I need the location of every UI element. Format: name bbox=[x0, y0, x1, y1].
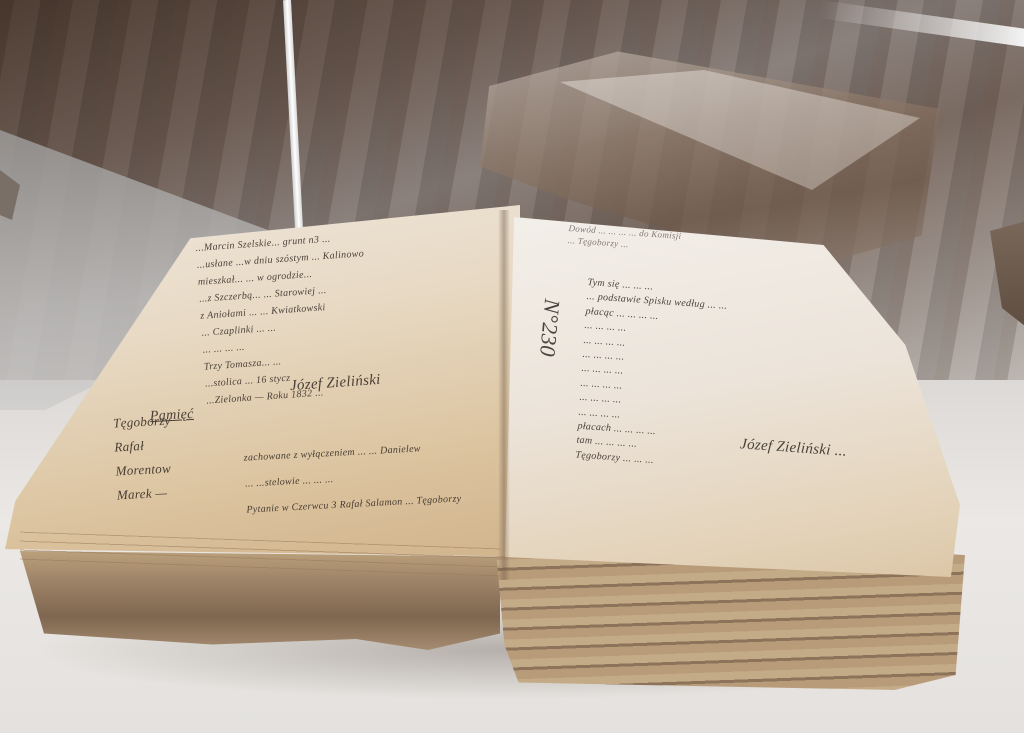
left-page-margin-words: Tęgoborzy Rafał Morentow Marek — bbox=[113, 409, 176, 508]
right-page-margin-number: N°230 bbox=[534, 298, 565, 358]
left-page-bottom-lines: zachowane z wyłączeniem ... ... Danielew… bbox=[243, 434, 462, 523]
margin-word: Tęgoborzy bbox=[113, 409, 172, 436]
museum-display-scene: ...Marcin Szelskie... grunt n3 ... ...us… bbox=[0, 0, 1024, 733]
margin-word: Rafał bbox=[114, 433, 173, 460]
margin-word: Morentow bbox=[115, 456, 174, 483]
right-page-handwriting: Tym się ... ... ... ... podstawie Spisku… bbox=[575, 276, 729, 473]
margin-word: Marek — bbox=[116, 480, 175, 507]
book-gutter bbox=[498, 210, 510, 580]
